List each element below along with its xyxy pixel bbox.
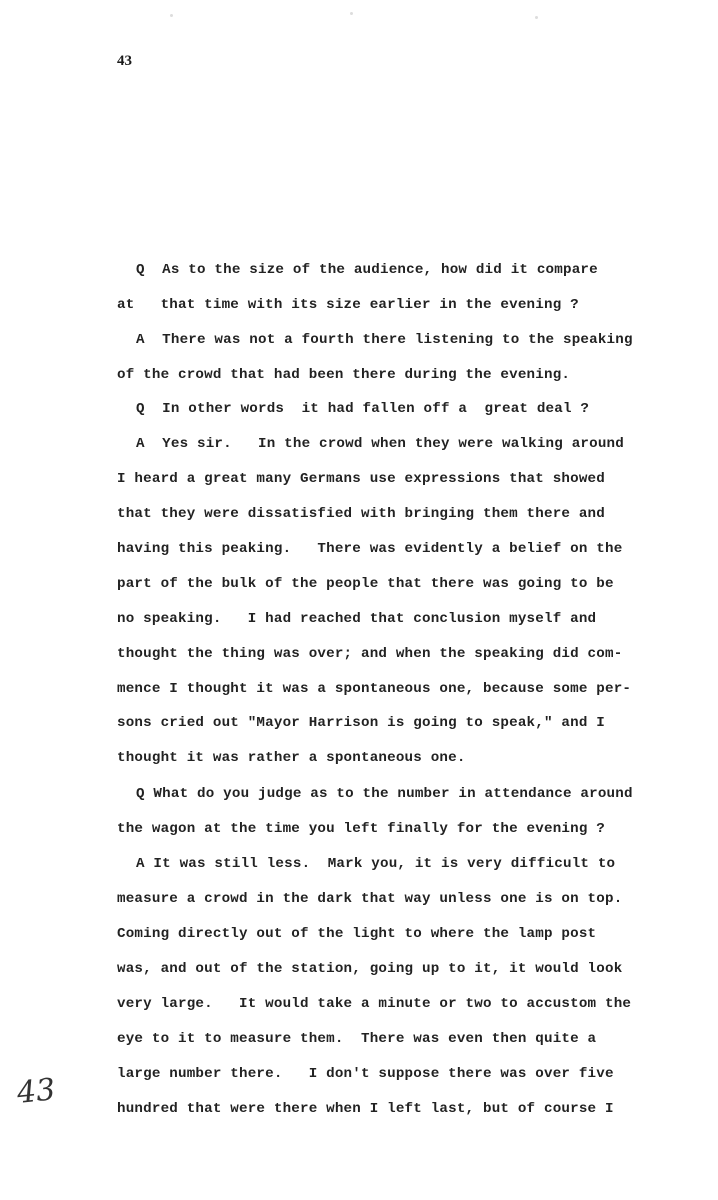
paper-speck: [535, 16, 538, 19]
text-line: having this peaking. There was evidently…: [117, 541, 622, 557]
text-line: was, and out of the station, going up to…: [117, 961, 622, 977]
text-line: of the crowd that had been there during …: [117, 367, 570, 383]
text-line: measure a crowd in the dark that way unl…: [117, 891, 622, 907]
text-line: Q In other words it had fallen off a gre…: [136, 401, 589, 417]
handwritten-margin-note: 43: [15, 1072, 57, 1111]
text-line: sons cried out "Mayor Harrison is going …: [117, 715, 605, 731]
text-line: Q As to the size of the audience, how di…: [136, 262, 598, 278]
text-line: eye to it to measure them. There was eve…: [117, 1031, 596, 1047]
text-line: at that time with its size earlier in th…: [117, 297, 579, 313]
text-line: large number there. I don't suppose ther…: [117, 1066, 614, 1082]
paper-speck: [350, 12, 353, 15]
text-line: I heard a great many Germans use express…: [117, 471, 605, 487]
text-line: A Yes sir. In the crowd when they were w…: [136, 436, 624, 452]
text-line: mence I thought it was a spontaneous one…: [117, 681, 631, 697]
text-line: no speaking. I had reached that conclusi…: [117, 611, 596, 627]
text-line: the wagon at the time you left finally f…: [117, 821, 605, 837]
paper-speck: [170, 14, 173, 17]
text-line: part of the bulk of the people that ther…: [117, 576, 614, 592]
page-number: 43: [117, 53, 132, 70]
text-line: very large. It would take a minute or tw…: [117, 996, 631, 1012]
text-line: that they were dissatisfied with bringin…: [117, 506, 605, 522]
text-line: hundred that were there when I left last…: [117, 1101, 614, 1117]
text-line: thought it was rather a spontaneous one.: [117, 750, 466, 766]
text-line: Q What do you judge as to the number in …: [136, 786, 633, 802]
text-line: Coming directly out of the light to wher…: [117, 926, 596, 942]
text-line: A There was not a fourth there listening…: [136, 332, 633, 348]
text-line: A It was still less. Mark you, it is ver…: [136, 856, 615, 872]
text-line: thought the thing was over; and when the…: [117, 646, 622, 662]
